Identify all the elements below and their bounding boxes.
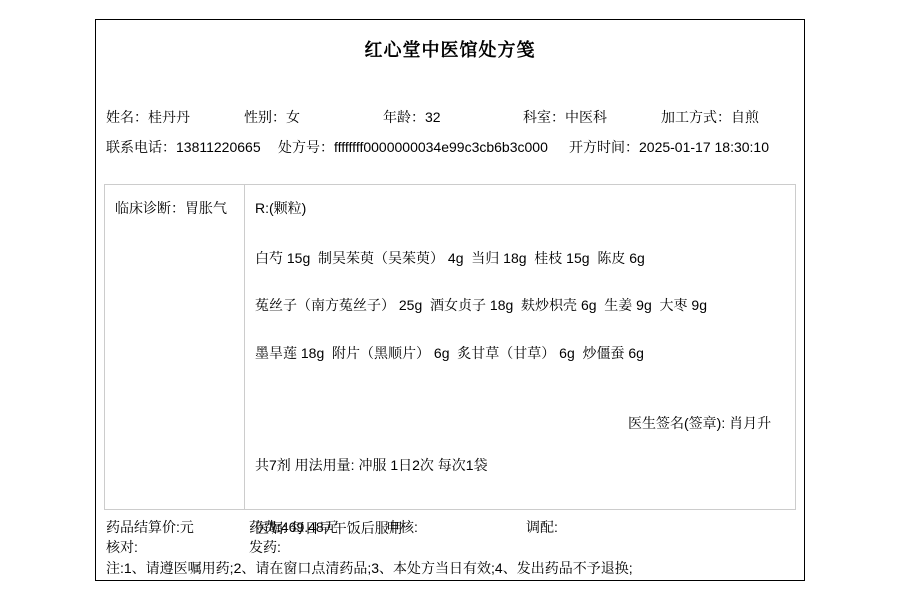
patient-gender: 性别：女: [244, 107, 300, 127]
patient-name: 姓名：桂丹丹: [106, 107, 190, 127]
medicine-fee-value: 469.48元: [281, 519, 338, 535]
rx-number-label: 处方号：: [278, 139, 334, 155]
clinical-diagnosis: 临床诊断：胃胀气: [115, 198, 227, 218]
processing-method-label: 加工方式：: [661, 109, 731, 125]
prescription-sheet: 红心堂中医馆处方笺 姓名：桂丹丹 性别：女 年龄：32 科室：中医科 加工方式：…: [95, 19, 805, 581]
settle-price-value: 元: [180, 519, 194, 535]
rx-time-value: 2025-01-17 18:30:10: [639, 139, 769, 155]
usage-line: 共7剂 用法用量: 冲服 1日2次 每次1袋: [255, 455, 488, 476]
prescription-box: 临床诊断：胃胀气 R:(颗粒) 白芍 15g 制吴茱萸（吴茱萸） 4g 当归 1…: [104, 184, 796, 510]
prepare-label: 调配:: [526, 519, 558, 535]
patient-age: 年龄：32: [383, 107, 441, 127]
medicine-fee: 药费:469.48元: [249, 517, 338, 537]
processing-method-value: 自煎: [731, 109, 759, 125]
diagnosis-column: 临床诊断：胃胀气: [105, 185, 244, 509]
herb-line-1: 白芍 15g 制吴茱萸（吴茱萸） 4g 当归 18g 桂枝 15g 陈皮 6g: [255, 248, 645, 268]
rx-column: R:(颗粒) 白芍 15g 制吴茱萸（吴茱萸） 4g 当归 18g 桂枝 15g…: [245, 185, 795, 509]
dispense-label: 发药:: [249, 539, 281, 555]
review-field: 申核:: [386, 517, 418, 537]
patient-age-value: 32: [425, 109, 441, 125]
settle-price-label: 药品结算价:: [106, 519, 180, 535]
rx-time: 开方时间：2025-01-17 18:30:10: [569, 137, 769, 157]
review-label: 申核:: [386, 519, 418, 535]
rx-number: 处方号：ffffffff0000000034e99c3cb6b3c000: [278, 137, 548, 157]
clinical-diagnosis-label: 临床诊断：: [115, 200, 185, 216]
patient-gender-value: 女: [286, 109, 300, 125]
rx-header: R:(颗粒): [255, 198, 306, 218]
patient-phone: 联系电话：13811220665: [106, 137, 261, 157]
doctor-signature: 医生签名(签章): 肖月升: [628, 413, 776, 434]
patient-department: 科室：中医科: [523, 107, 607, 127]
footer-note: 注:1、请遵医嘱用药;2、请在窗口点清药品;3、本处方当日有效;4、发出药品不予…: [106, 558, 633, 578]
check-field: 核对:: [106, 537, 138, 557]
processing-method: 加工方式：自煎: [661, 107, 759, 127]
patient-name-label: 姓名：: [106, 109, 148, 125]
clinical-diagnosis-value: 胃胀气: [185, 200, 227, 216]
rx-number-value: ffffffff0000000034e99c3cb6b3c000: [334, 139, 548, 155]
medicine-fee-label: 药费:: [249, 519, 281, 535]
prepare-field: 调配:: [526, 517, 558, 537]
check-label: 核对:: [106, 539, 138, 555]
herb-line-3: 墨旱莲 18g 附片（黑顺片） 6g 炙甘草（甘草） 6g 炒僵蚕 6g: [255, 343, 644, 363]
herb-line-2: 菟丝子（南方菟丝子） 25g 酒女贞子 18g 麸炒枳壳 6g 生姜 9g 大枣…: [255, 295, 707, 315]
page-title: 红心堂中医馆处方笺: [96, 36, 804, 62]
dispense-field: 发药:: [249, 537, 281, 557]
patient-name-value: 桂丹丹: [148, 109, 190, 125]
patient-department-value: 中医科: [565, 109, 607, 125]
rx-time-label: 开方时间：: [569, 139, 639, 155]
patient-age-label: 年龄：: [383, 109, 425, 125]
settle-price: 药品结算价:元: [106, 517, 194, 537]
patient-phone-value: 13811220665: [176, 139, 261, 155]
usage-block: 共7剂 用法用量: 冲服 1日2次 每次1袋 医嘱: 每日早午饭后服用: [255, 413, 488, 581]
patient-phone-label: 联系电话：: [106, 139, 176, 155]
patient-department-label: 科室：: [523, 109, 565, 125]
patient-gender-label: 性别：: [244, 109, 286, 125]
